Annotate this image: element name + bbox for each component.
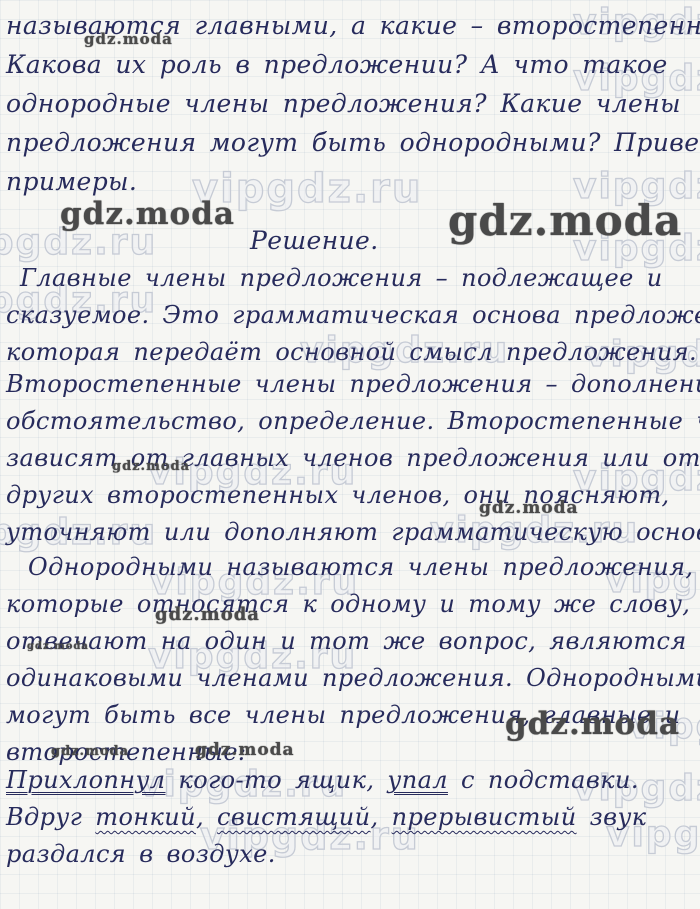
text-segment: Вдруг [6,803,95,831]
paragraph-secondary-members: Второстепенные члены предложения – допол… [6,366,700,551]
text-line: сказуемое. Это грамматическая основа пре… [6,297,700,334]
text-line: одинаковыми членами предложения. Однород… [6,660,700,697]
examples-block: Прихлопнул кого-то ящик, упал с подставк… [6,762,700,873]
wavy-underlined-attribute: тонкий [95,803,196,831]
text-segment: с подставки. [448,766,639,794]
text-line: уточняют или дополняют грамматическую ос… [6,514,700,551]
example-sentence-1: Прихлопнул кого-то ящик, упал с подставк… [6,762,700,799]
question-line: Какова их роль в предложении? А что тако… [6,45,700,84]
underlined-predicate: Прихлопнул [6,766,165,794]
question-line: примеры. [6,162,700,201]
paragraph-homogeneous-members: Однородными называются члены предложения… [6,549,700,771]
paragraph-main-members: Главные члены предложения – подлежащее и… [6,260,700,371]
wavy-underlined-attribute: свистящий [217,803,371,831]
text-line: отвечают на один и тот же вопрос, являют… [6,623,700,660]
text-line: которые относятся к одному и тому же сло… [6,586,700,623]
solution-title: Решение. [250,226,700,255]
example-sentence-2: Вдруг тонкий, свистящий, прерывистый зву… [6,799,700,836]
text-line: обстоятельство, определение. Второстепен… [6,403,700,440]
text-segment: , [196,803,217,831]
text-line: Однородными называются члены предложения… [6,549,700,586]
underlined-predicate: упал [387,766,448,794]
text-line: могут быть все члены предложения, главны… [6,697,700,734]
text-line: Второстепенные члены предложения – допол… [6,366,700,403]
question-paragraph: называются главными, а какие – второстеп… [6,6,700,201]
question-line: однородные члены предложения? Какие член… [6,84,700,123]
text-line: зависят от главных членов предложения ил… [6,440,700,477]
text-segment: , [371,803,392,831]
text-line: Главные члены предложения – подлежащее и [6,260,700,297]
example-sentence-2-continued: раздался в воздухе. [6,836,700,873]
wavy-underlined-attribute: прерывистый [392,803,577,831]
text-segment: звук [577,803,647,831]
text-line: других второстепенных членов, они поясня… [6,477,700,514]
question-line: предложения могут быть однородными? Прив… [6,123,700,162]
question-line: называются главными, а какие – второстеп… [6,6,700,45]
notebook-page: vipgdz.ruvipgdz.ruvipgdz.ruvipgdz.ruvipg… [0,0,700,909]
text-segment: кого-то ящик, [165,766,387,794]
handwritten-content: называются главными, а какие – второстеп… [0,0,700,909]
